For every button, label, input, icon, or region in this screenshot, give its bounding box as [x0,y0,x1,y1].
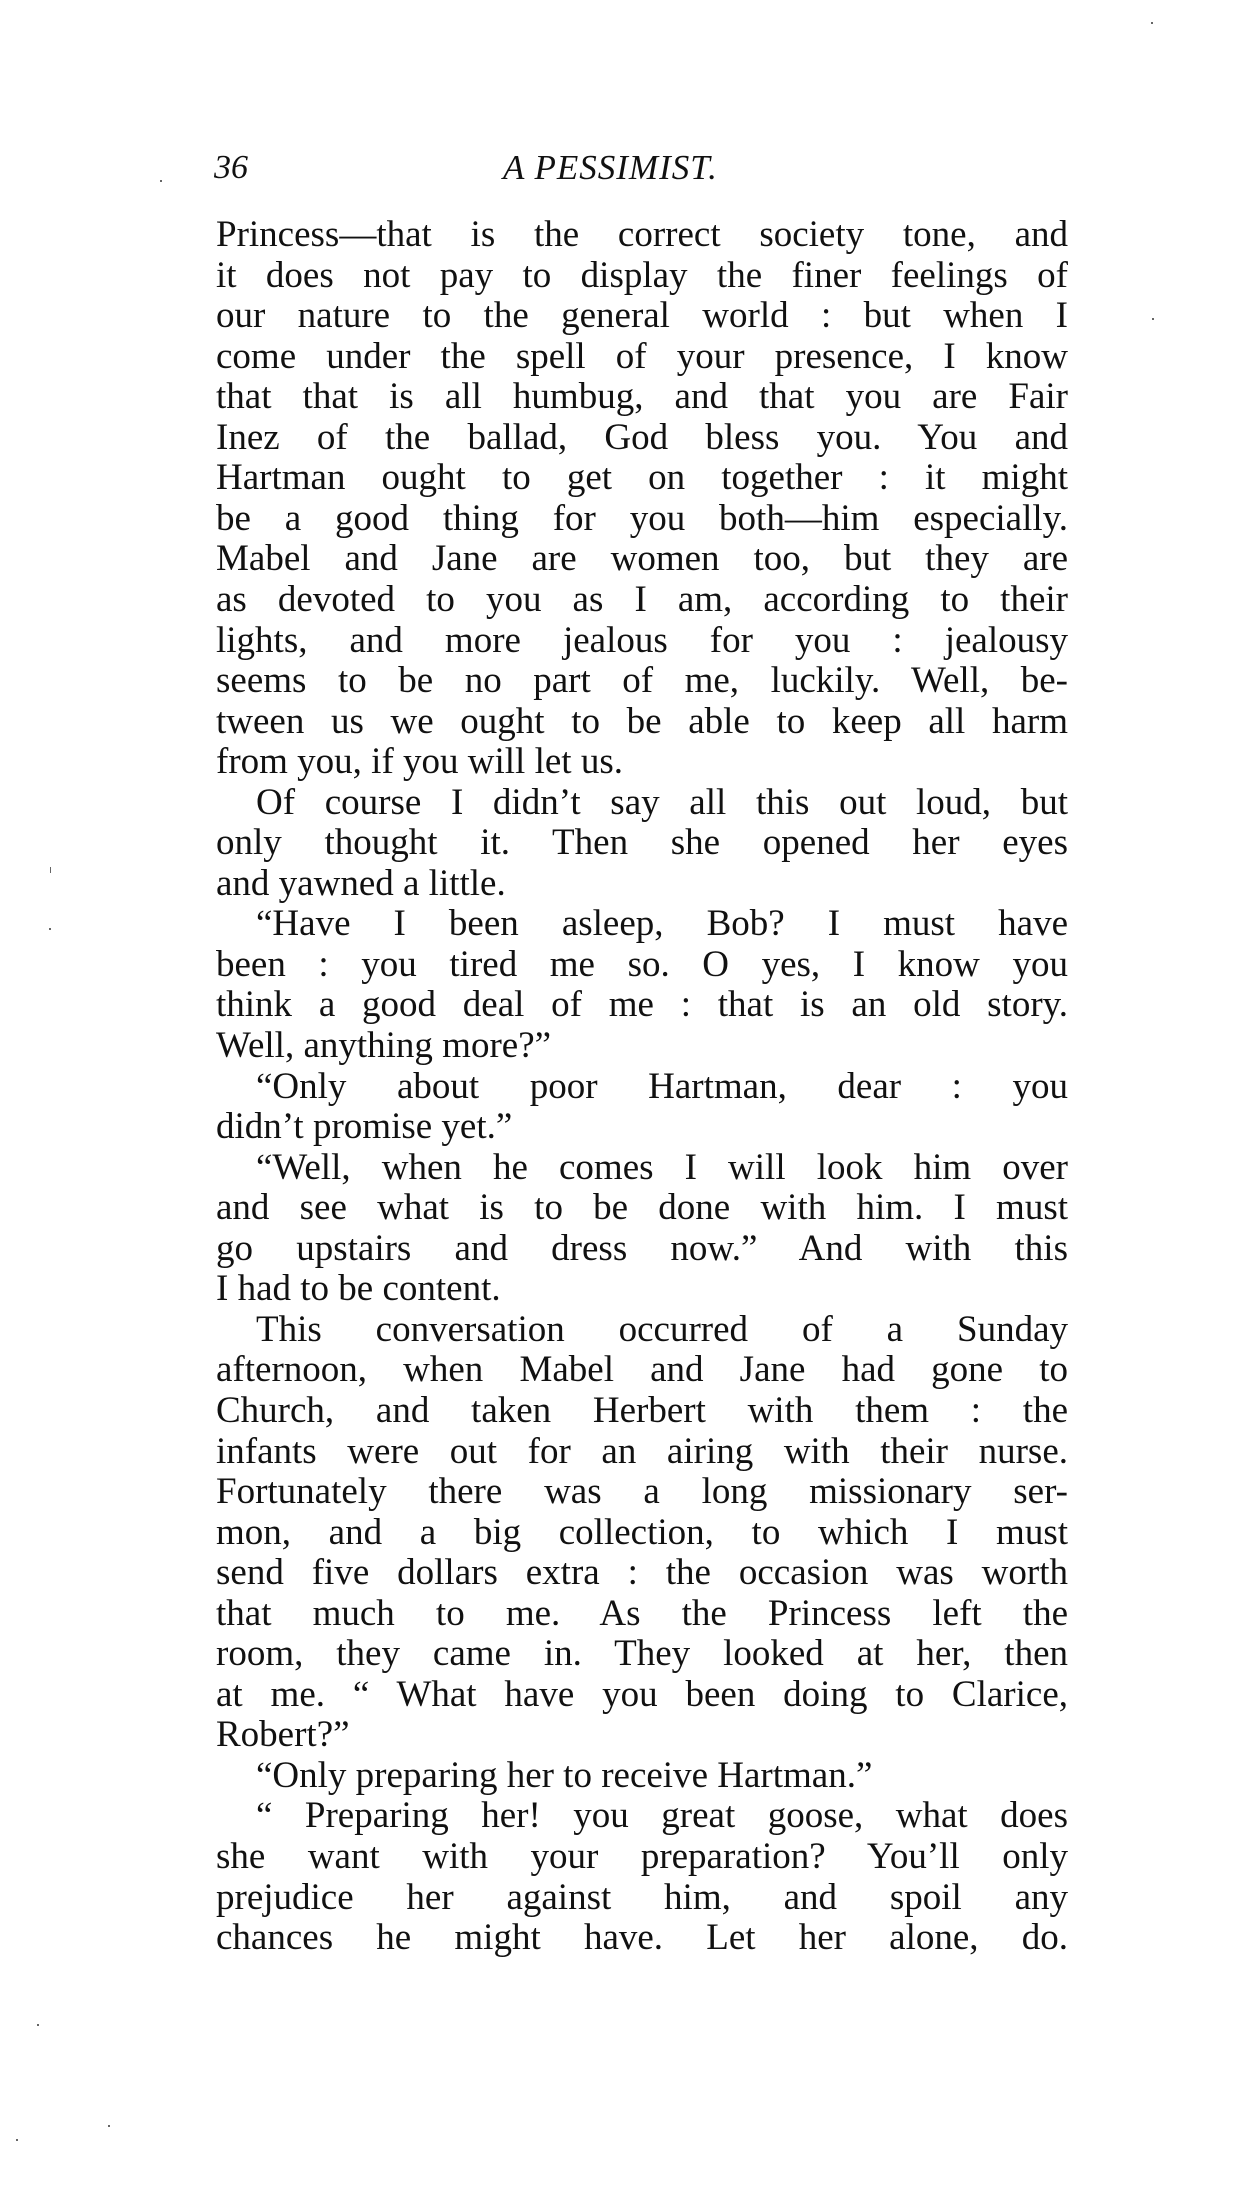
text-line: been : you tired me so. O yes, I know yo… [216,944,1068,985]
text-line-content: mon, and a big collection, to which I mu… [216,1512,1068,1553]
text-line-content: only thought it. Then she opened her eye… [216,822,1068,863]
scan-speck [1152,318,1154,320]
text-line-content: infants were out for an airing with thei… [216,1431,1068,1472]
scan-speck [1151,22,1153,24]
text-line: from you, if you will let us. [216,741,1068,782]
text-line-content: our nature to the general world : but wh… [216,295,1068,336]
scan-speck [108,2125,110,2127]
text-line-content: room, they came in. They looked at her, … [216,1633,1068,1674]
text-line: didn’t promise yet.” [216,1106,1068,1147]
text-line: Inez of the ballad, God bless you. You a… [216,417,1068,458]
text-line-content: been : you tired me so. O yes, I know yo… [216,944,1068,985]
text-line: and see what is to be done with him. I m… [216,1187,1068,1228]
text-line: think a good deal of me : that is an old… [216,984,1068,1025]
text-line: “Only about poor Hartman, dear : you [256,1066,1068,1107]
text-line-content: come under the spell of your presence, I… [216,336,1068,377]
text-line-content: Well, anything more?” [216,1025,1068,1066]
text-line-content: that that is all humbug, and that you ar… [216,376,1068,417]
text-line: that that is all humbug, and that you ar… [216,376,1068,417]
text-line: I had to be content. [216,1268,1068,1309]
text-line-content: didn’t promise yet.” [216,1106,1068,1147]
text-line: This conversation occurred of a Sunday [256,1309,1068,1350]
text-line-content: Fortunately there was a long missionary … [216,1471,1068,1512]
text-line: Church, and taken Herbert with them : th… [216,1390,1068,1431]
text-line: come under the spell of your presence, I… [216,336,1068,377]
text-line: “Well, when he comes I will look him ove… [256,1147,1068,1188]
text-line: go upstairs and dress now.” And with thi… [216,1228,1068,1269]
text-line: she want with your preparation? You’ll o… [216,1836,1068,1877]
text-line-content: This conversation occurred of a Sunday [256,1309,1068,1350]
text-line-content: “ Preparing her! you great goose, what d… [256,1795,1068,1836]
text-line-content: prejudice her against him, and spoil any [216,1877,1068,1918]
text-line: at me. “ What have you been doing to Cla… [216,1674,1068,1715]
text-line-content: send five dollars extra : the occasion w… [216,1552,1068,1593]
text-line-content: that much to me. As the Princess left th… [216,1593,1068,1634]
text-line: Fortunately there was a long missionary … [216,1471,1068,1512]
text-line-content: go upstairs and dress now.” And with thi… [216,1228,1068,1269]
text-line-content: Hartman ought to get on together : it mi… [216,457,1068,498]
text-line-content: Church, and taken Herbert with them : th… [216,1390,1068,1431]
text-line: it does not pay to display the finer fee… [216,255,1068,296]
text-line-content: “Only about poor Hartman, dear : you [256,1066,1068,1107]
text-line-content: “Well, when he comes I will look him ove… [256,1147,1068,1188]
text-line: lights, and more jealous for you : jealo… [216,620,1068,661]
text-line-content: chances he might have. Let her alone, do… [216,1917,1068,1958]
text-line-content: I had to be content. [216,1268,1068,1309]
text-line-content: lights, and more jealous for you : jealo… [216,620,1068,661]
text-line: mon, and a big collection, to which I mu… [216,1512,1068,1553]
text-line: send five dollars extra : the occasion w… [216,1552,1068,1593]
text-line: our nature to the general world : but wh… [216,295,1068,336]
text-line-content: it does not pay to display the finer fee… [216,255,1068,296]
scan-speck [37,2024,39,2026]
text-line: Princess—that is the correct society ton… [216,214,1068,255]
text-line-content: seems to be no part of me, luckily. Well… [216,660,1068,701]
text-line-content: as devoted to you as I am, according to … [216,579,1068,620]
text-line: and yawned a little. [216,863,1068,904]
text-line-content: she want with your preparation? You’ll o… [216,1836,1068,1877]
text-line-content: and yawned a little. [216,863,1068,904]
text-line: “ Preparing her! you great goose, what d… [256,1795,1068,1836]
text-line: afternoon, when Mabel and Jane had gone … [216,1349,1068,1390]
text-line-content: tween us we ought to be able to keep all… [216,701,1068,742]
text-line: only thought it. Then she opened her eye… [216,822,1068,863]
scan-speck [50,867,51,873]
text-line-content: Inez of the ballad, God bless you. You a… [216,417,1068,458]
text-line: Of course I didn’t say all this out loud… [256,782,1068,823]
text-line-content: from you, if you will let us. [216,741,1068,782]
book-page: 36 A PESSIMIST. Princess—that is the cor… [0,0,1252,2195]
text-line-content: Of course I didn’t say all this out loud… [256,782,1068,823]
text-line-content: Mabel and Jane are women too, but they a… [216,538,1068,579]
text-line: Robert?” [216,1714,1068,1755]
text-line: Well, anything more?” [216,1025,1068,1066]
text-line-content: be a good thing for you both—him especia… [216,498,1068,539]
scan-speck [16,2139,18,2141]
text-line: Mabel and Jane are women too, but they a… [216,538,1068,579]
text-line-content: at me. “ What have you been doing to Cla… [216,1674,1068,1715]
page-number: 36 [214,148,248,188]
text-line: that much to me. As the Princess left th… [216,1593,1068,1634]
text-line: infants were out for an airing with thei… [216,1431,1068,1472]
text-line: room, they came in. They looked at her, … [216,1633,1068,1674]
text-line: seems to be no part of me, luckily. Well… [216,660,1068,701]
scan-speck [160,180,162,182]
text-line-content: think a good deal of me : that is an old… [216,984,1068,1025]
text-line-content: “Only preparing her to receive Hartman.” [256,1755,1068,1796]
text-line: prejudice her against him, and spoil any [216,1877,1068,1918]
scan-speck [49,928,51,930]
text-line: Hartman ought to get on together : it mi… [216,457,1068,498]
text-line: be a good thing for you both—him especia… [216,498,1068,539]
text-line: tween us we ought to be able to keep all… [216,701,1068,742]
text-line-content: “Have I been asleep, Bob? I must have [256,903,1068,944]
text-line-content: afternoon, when Mabel and Jane had gone … [216,1349,1068,1390]
text-line-content: and see what is to be done with him. I m… [216,1187,1068,1228]
text-line-content: Robert?” [216,1714,1068,1755]
running-title: A PESSIMIST. [503,148,718,188]
text-line: as devoted to you as I am, according to … [216,579,1068,620]
text-line: “Only preparing her to receive Hartman.” [256,1755,1068,1796]
text-line: “Have I been asleep, Bob? I must have [256,903,1068,944]
text-line: chances he might have. Let her alone, do… [216,1917,1068,1958]
text-line-content: Princess—that is the correct society ton… [216,214,1068,255]
running-head: 36 A PESSIMIST. [0,0,1252,200]
